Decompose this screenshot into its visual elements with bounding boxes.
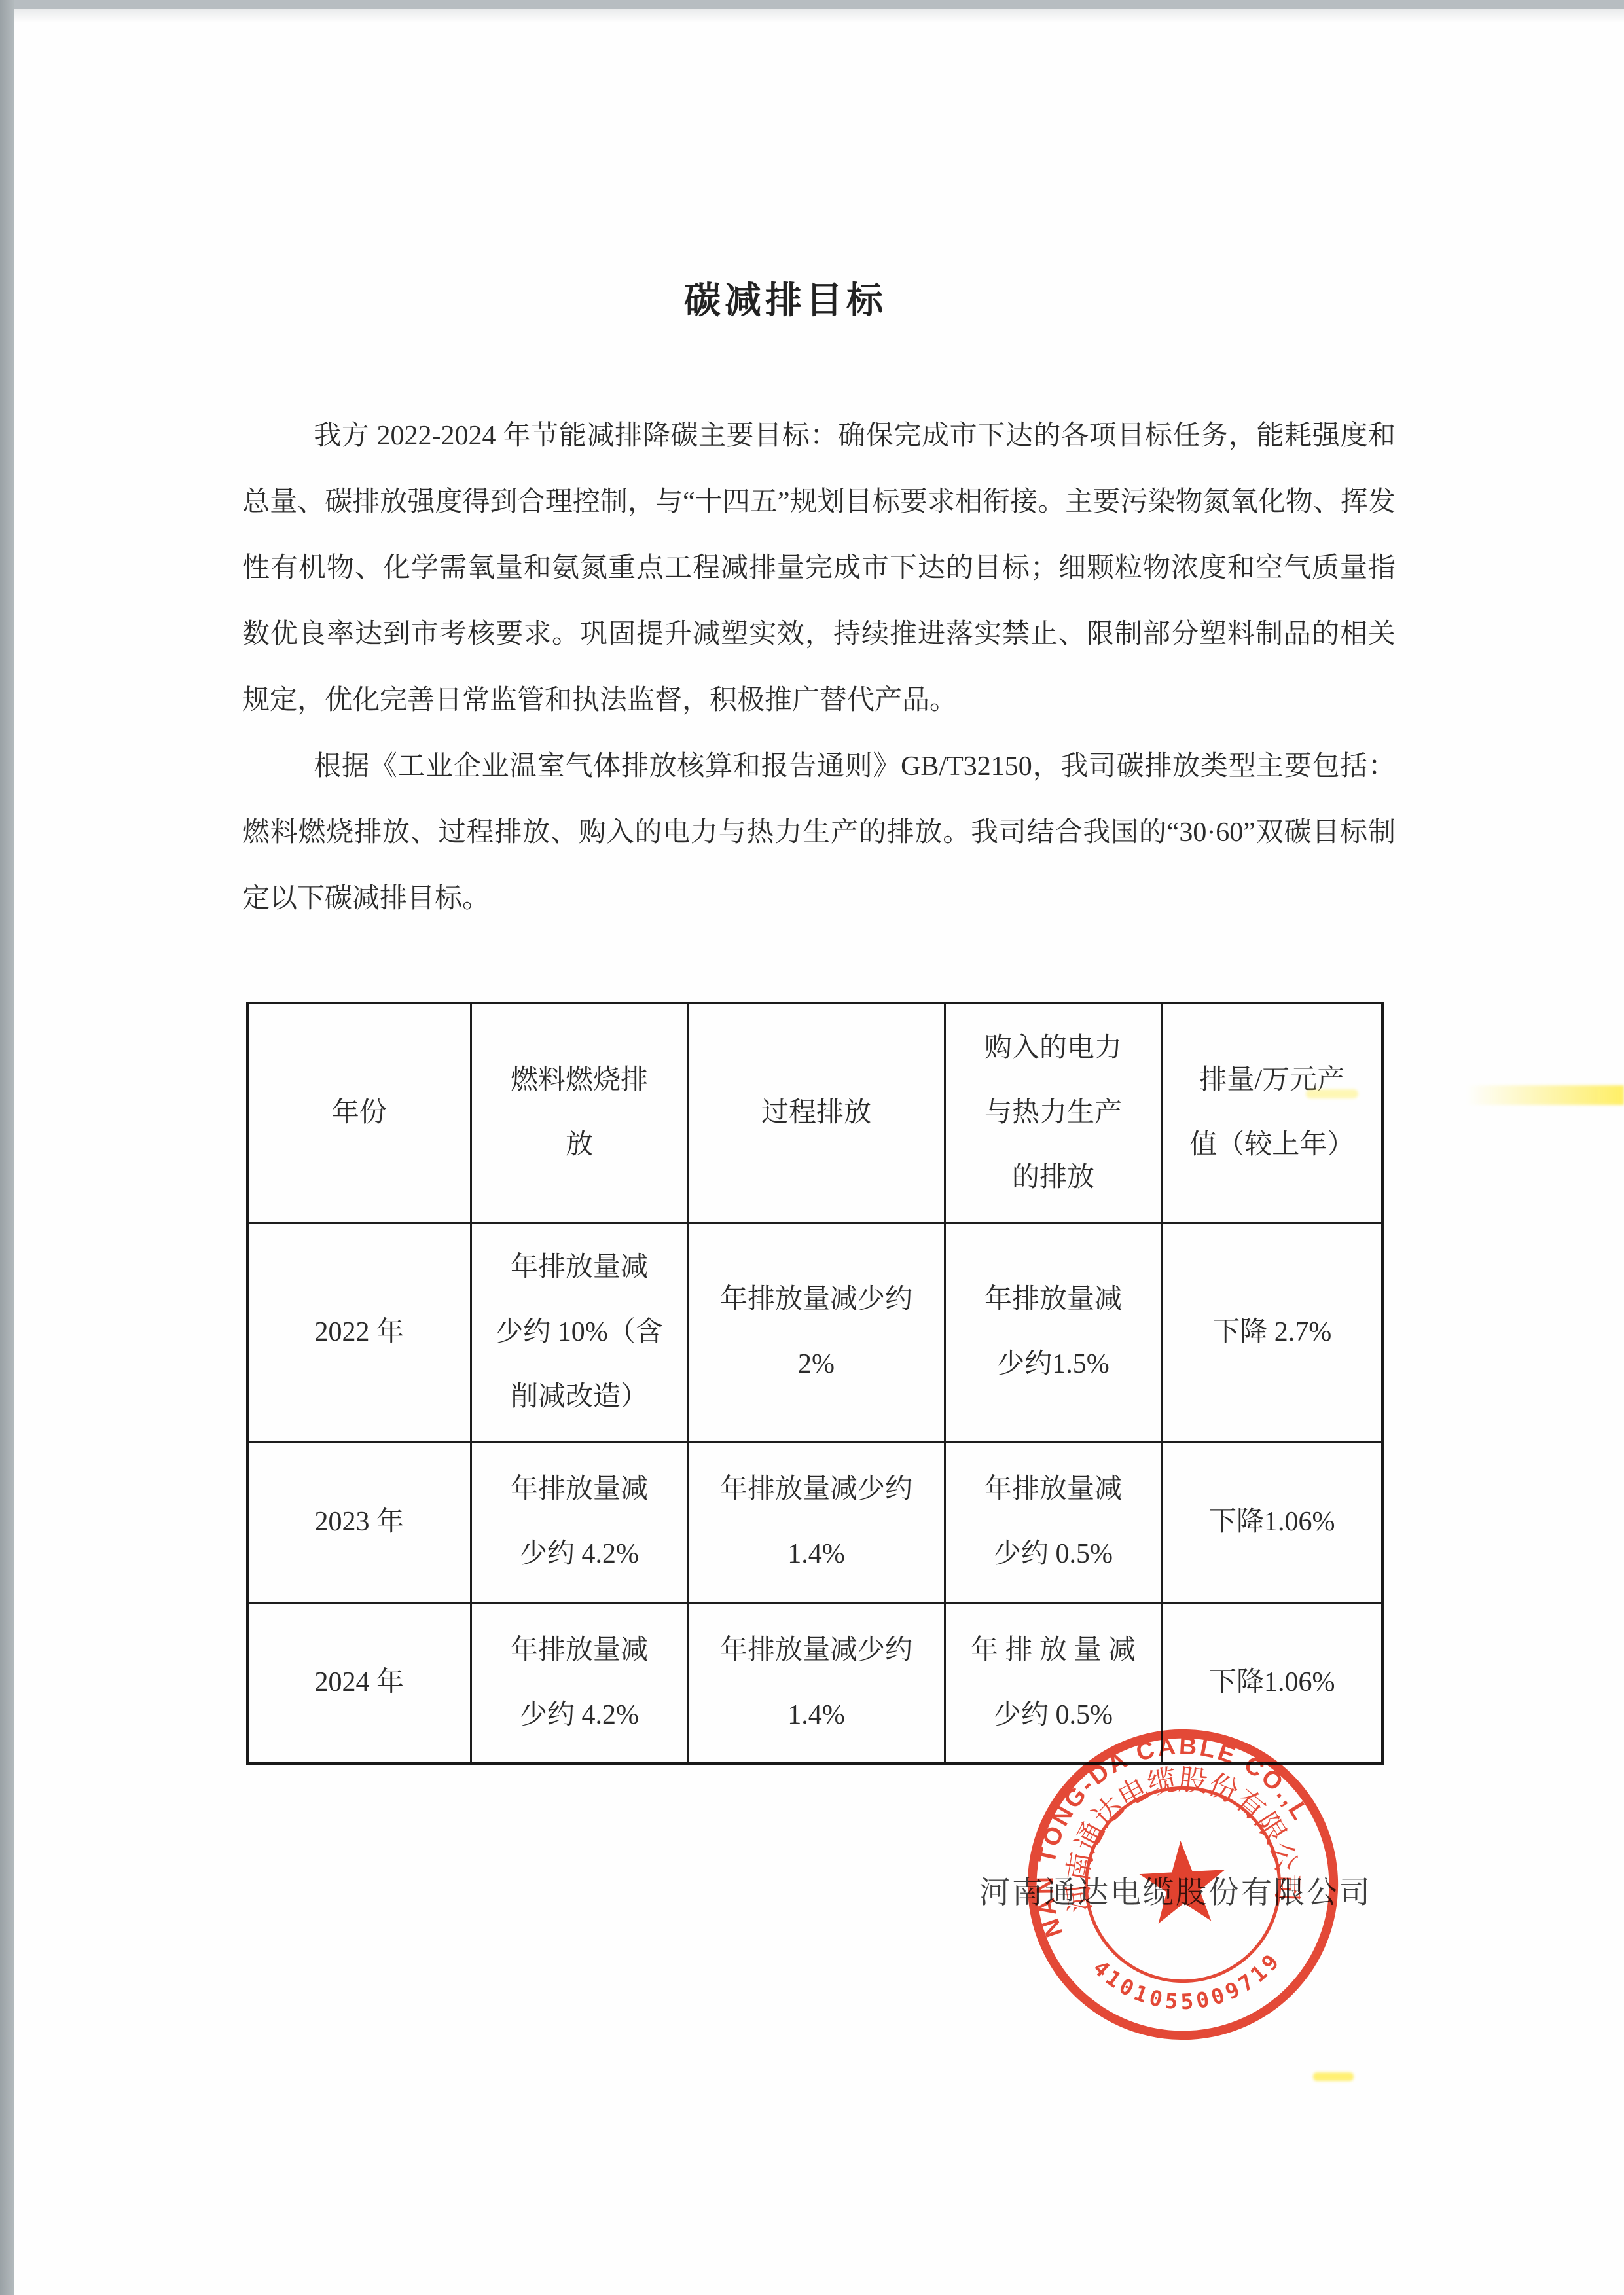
scan-edge-left xyxy=(0,0,14,2295)
table-header-row: 年份 燃料燃烧排 放 过程排放 购入的电力 与热力生产 的排放 排量/万元产 值… xyxy=(247,1003,1382,1223)
page-title: 碳减排目标 xyxy=(242,280,1329,322)
cell-per-output: 下降1.06% xyxy=(1162,1441,1382,1602)
company-seal-stamp: HE NAN TONG-DA CABLE CO.,LTD 河南通达电缆股份有限公… xyxy=(1013,1715,1352,2053)
cell-year: 2022 年 xyxy=(247,1223,471,1441)
header-purchased-power: 购入的电力 与热力生产 的排放 xyxy=(945,1003,1162,1223)
cell-purchased: 年排放量减 少约 0.5% xyxy=(945,1441,1162,1602)
cell-process: 年排放量减少约 1.4% xyxy=(688,1441,945,1602)
emission-targets-table: 年份 燃料燃烧排 放 过程排放 购入的电力 与热力生产 的排放 排量/万元产 值… xyxy=(246,1002,1384,1765)
cell-process: 年排放量减少约 2% xyxy=(688,1223,945,1441)
cell-year: 2024 年 xyxy=(247,1602,471,1763)
scan-edge-top-fade xyxy=(0,9,1624,23)
body-text: 我方 2022-2024 年节能减排降碳主要目标：确保完成市下达的各项目标任务，… xyxy=(242,403,1396,932)
cell-fuel: 年排放量减 少约 4.2% xyxy=(471,1441,688,1602)
cell-process: 年排放量减少约 1.4% xyxy=(688,1602,945,1763)
document-page: 碳减排目标 我方 2022-2024 年节能减排降碳主要目标：确保完成市下达的各… xyxy=(0,0,1624,2295)
header-process-emission: 过程排放 xyxy=(688,1003,945,1223)
paragraph-main-targets: 我方 2022-2024 年节能减排降碳主要目标：确保完成市下达的各项目标任务，… xyxy=(242,403,1396,734)
star-icon xyxy=(1138,1839,1227,1925)
header-fuel-combustion: 燃料燃烧排 放 xyxy=(471,1003,688,1223)
table-row-2022: 2022 年 年排放量减 少约 10%（含 削减改造） 年排放量减少约 2% 年… xyxy=(247,1223,1382,1441)
scan-edge-top xyxy=(0,0,1624,9)
header-per-10k-output: 排量/万元产 值（较上年） xyxy=(1162,1003,1382,1223)
header-year: 年份 xyxy=(247,1003,471,1223)
scan-artifact-yellow-streak xyxy=(1466,1085,1624,1105)
cell-fuel: 年排放量减 少约 4.2% xyxy=(471,1602,688,1763)
cell-year: 2023 年 xyxy=(247,1441,471,1602)
table-row-2023: 2023 年 年排放量减 少约 4.2% 年排放量减少约 1.4% 年排放量减 … xyxy=(247,1441,1382,1602)
cell-per-output: 下降 2.7% xyxy=(1162,1223,1382,1441)
paragraph-emission-types: 根据《工业企业温室气体排放核算和报告通则》GB/T32150，我司碳排放类型主要… xyxy=(242,734,1396,932)
cell-fuel: 年排放量减 少约 10%（含 削减改造） xyxy=(471,1223,688,1441)
cell-purchased: 年排放量减 少约1.5% xyxy=(945,1223,1162,1441)
scan-artifact-yellow-dash xyxy=(1313,2072,1354,2081)
